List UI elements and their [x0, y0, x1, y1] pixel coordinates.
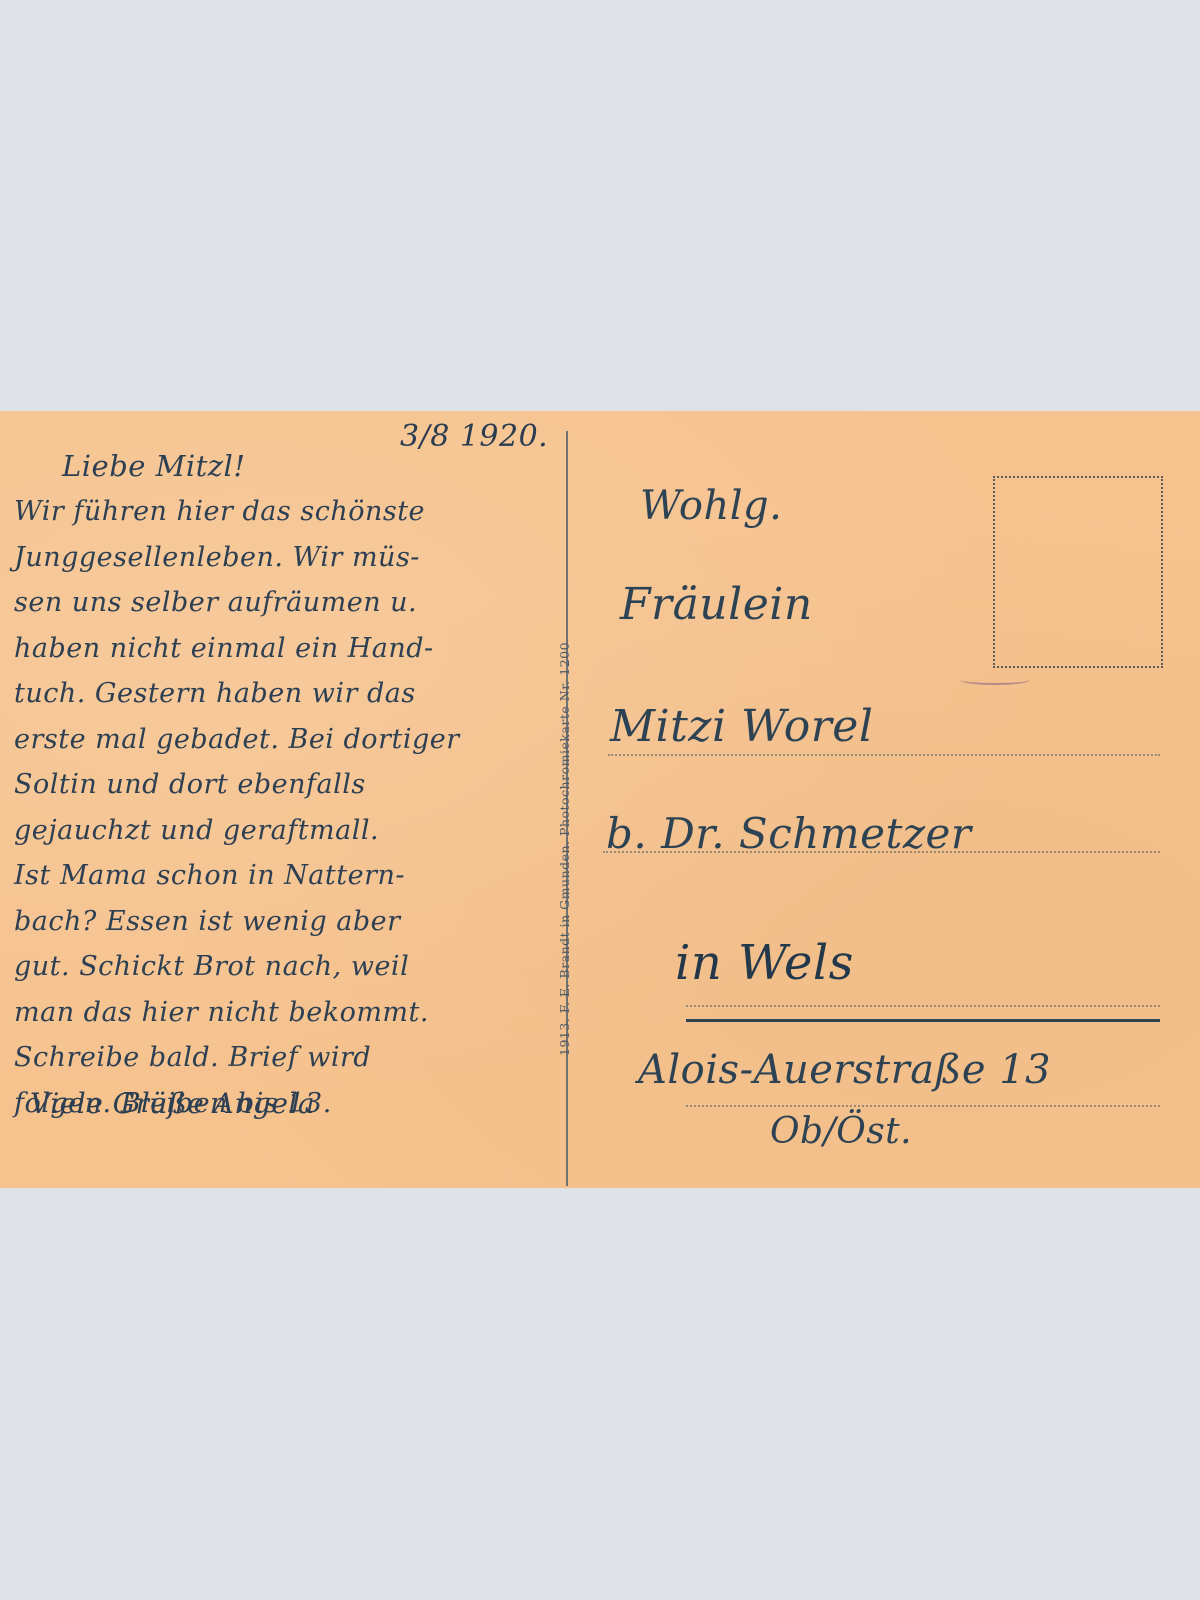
address-line-1 — [608, 754, 1160, 756]
message-line: Soltin und dort ebenfalls — [14, 769, 366, 800]
message-line: gejauchzt und geraftmall. — [14, 815, 379, 846]
stamp-placeholder-box — [993, 476, 1163, 668]
address-line-2 — [603, 851, 1160, 853]
message-line: Wir führen hier das schönste — [14, 496, 425, 527]
address-line-4 — [686, 1105, 1160, 1107]
closing-signature: Viele Grüße Angela — [30, 1087, 315, 1120]
address-title: Fräulein — [620, 579, 813, 630]
greeting: Liebe Mitzl! — [62, 449, 245, 483]
message-line: gut. Schickt Brot nach, weil — [14, 951, 409, 982]
address-street: Alois-Auerstraße 13 — [638, 1047, 1051, 1093]
message-line: Junggesellenleben. Wir müs- — [14, 542, 420, 573]
message-line: Schreibe bald. Brief wird — [14, 1042, 371, 1073]
address-region: Ob/Öst. — [770, 1111, 912, 1152]
address-line-3 — [686, 1005, 1160, 1007]
message-line: erste mal gebadet. Bei dortiger — [14, 724, 460, 755]
city-underline — [686, 1019, 1160, 1022]
message-line: haben nicht einmal ein Hand- — [14, 633, 434, 664]
address-city: in Wels — [675, 935, 854, 991]
message-line: bach? Essen ist wenig aber — [14, 906, 401, 937]
address-salutation: Wohlg. — [640, 483, 782, 529]
address-name: Mitzi Worel — [610, 701, 873, 752]
date: 3/8 1920. — [400, 419, 548, 454]
message-line: tuch. Gestern haben wir das — [14, 678, 416, 709]
message-line: man das hier nicht bekommt. — [14, 997, 429, 1028]
publisher-imprint: 1913. F. E. Brandt in Gmunden. Photochro… — [557, 642, 572, 1056]
message-line: sen uns selber aufräumen u. — [14, 587, 417, 618]
message-line: Ist Mama schon in Nattern- — [14, 860, 405, 891]
postmark-trace — [960, 675, 1030, 685]
postcard: 3/8 1920. Liebe Mitzl! Wir führen hier d… — [0, 411, 1200, 1188]
